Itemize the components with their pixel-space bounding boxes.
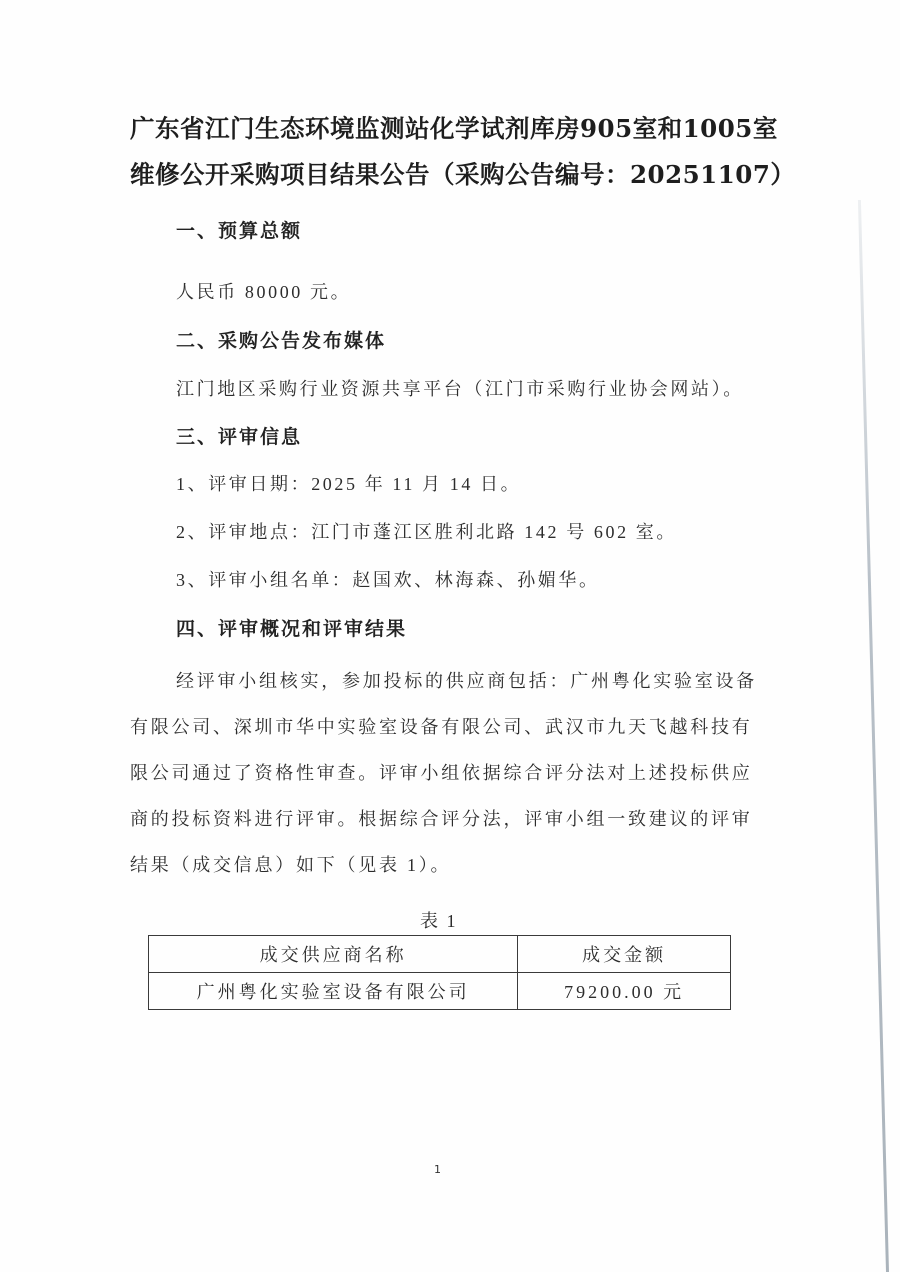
title-line-2: 维修公开采购项目结果公告（采购公告编号：20251107） [130,152,790,198]
paragraph-line: 有限公司、深圳市华中实验室设备有限公司、武汉市九天飞越科技有 [130,704,756,750]
paragraph-line: 结果（成交信息）如下（见表 1）。 [130,842,756,888]
table-header-row: 成交供应商名称 成交金额 [149,936,731,973]
budget-amount: 人民币 80000 元。 [176,278,351,304]
table-caption: 表 1 [420,907,458,933]
review-summary-paragraph: 经评审小组核实，参加投标的供应商包括：广州粤化实验室设备 有限公司、深圳市华中实… [130,658,756,888]
section-heading-review-result: 四、评审概况和评审结果 [176,614,407,641]
table-row: 广州粤化实验室设备有限公司 79200.00 元 [149,973,731,1010]
page-number: 1 [434,1163,441,1176]
header-supplier-name: 成交供应商名称 [149,936,518,973]
paragraph-line: 商的投标资料进行评审。根据综合评分法，评审小组一致建议的评审 [130,796,756,842]
section-heading-media: 二、采购公告发布媒体 [176,326,386,353]
review-panel: 3、评审小组名单：赵国欢、林海森、孙媚华。 [176,566,600,592]
title-line-1: 广东省江门生态环境监测站化学试剂库房905室和1005室 [130,106,790,152]
result-table: 成交供应商名称 成交金额 广州粤化实验室设备有限公司 79200.00 元 [148,935,731,1010]
paragraph-line: 经评审小组核实，参加投标的供应商包括：广州粤化实验室设备 [130,658,756,704]
media-platform: 江门地区采购行业资源共享平台（江门市采购行业协会网站）。 [176,375,744,401]
cell-supplier-name: 广州粤化实验室设备有限公司 [149,973,518,1010]
section-heading-budget: 一、预算总额 [176,216,302,243]
review-date: 1、评审日期：2025 年 11 月 14 日。 [176,470,521,496]
document-page: 广东省江门生态环境监测站化学试剂库房905室和1005室 维修公开采购项目结果公… [0,0,900,1272]
section-heading-review-info: 三、评审信息 [176,422,302,449]
header-deal-amount: 成交金额 [518,936,731,973]
cell-deal-amount: 79200.00 元 [518,973,731,1010]
document-title: 广东省江门生态环境监测站化学试剂库房905室和1005室 维修公开采购项目结果公… [130,106,790,198]
scan-edge-line [858,200,889,1272]
review-location: 2、评审地点：江门市蓬江区胜利北路 142 号 602 室。 [176,518,677,544]
paragraph-line: 限公司通过了资格性审查。评审小组依据综合评分法对上述投标供应 [130,750,756,796]
